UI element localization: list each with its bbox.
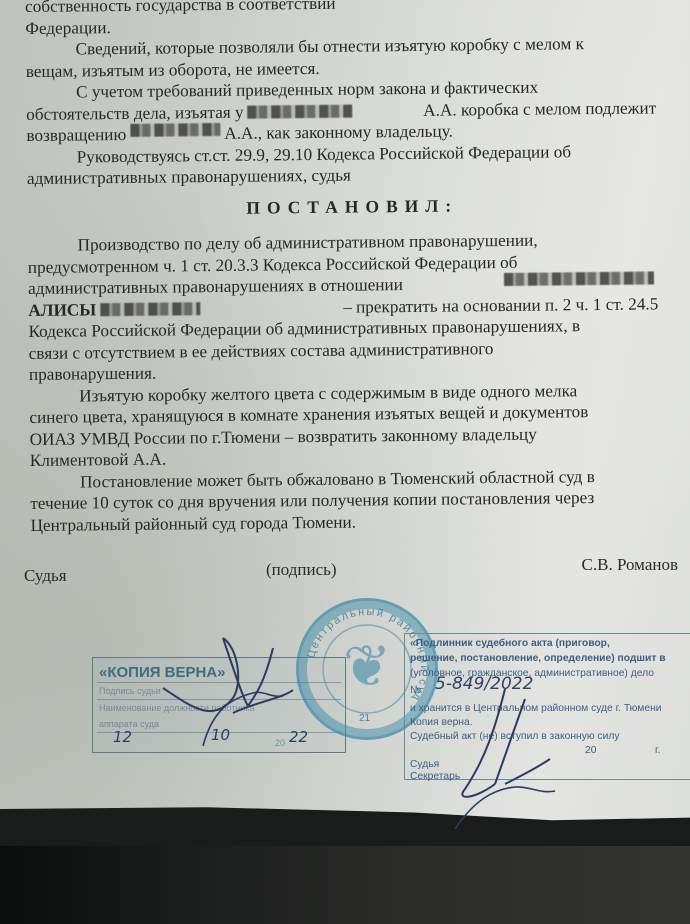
original-filed-stamp: «Подлинник судебного акта (приговор, реш… [404, 633, 690, 780]
redacted-name [504, 271, 654, 286]
signature-placeholder: (подпись) [266, 560, 337, 580]
signature-scribble-icon [435, 689, 575, 839]
seal-number: 21 [359, 713, 370, 724]
stamp-field-label: Подпись судьи [99, 686, 161, 696]
date-day: 12 [113, 728, 132, 746]
redacted-name [100, 302, 200, 316]
ruling-heading: ПОСТАНОВИЛ: [27, 193, 657, 221]
desk-surface [0, 846, 690, 924]
date-year-prefix: 20 [585, 744, 596, 758]
stamp-text: «Подлинник судебного акта (приговор, [410, 637, 610, 651]
redacted-name [130, 123, 220, 137]
document-body: собственность государства в соответствии… [25, 0, 661, 536]
stamp-text: решение, постановление, определение) под… [410, 652, 666, 666]
signature-scribble-icon [153, 628, 303, 748]
case-number-label: № [410, 684, 421, 698]
judge-name: С.В. Романов [582, 555, 678, 575]
date-suffix: г. [655, 744, 660, 758]
signature-block: Судья (подпись) С.В. Романов [24, 558, 684, 588]
judge-label: Судья [24, 566, 67, 586]
coat-of-arms-icon: ❦ [335, 631, 399, 703]
redacted-name [247, 104, 352, 118]
